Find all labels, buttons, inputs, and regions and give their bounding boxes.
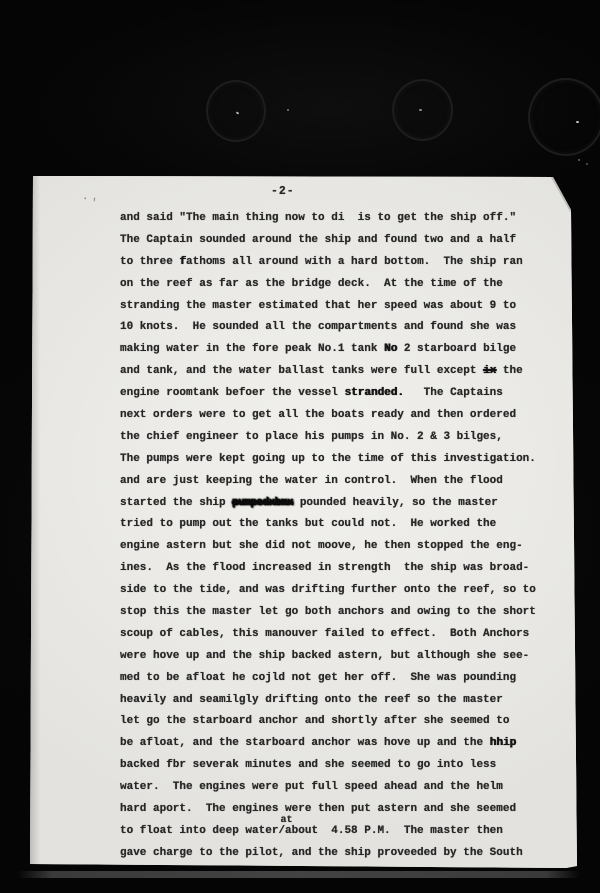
paper-left-edge-shade <box>30 172 40 868</box>
text-line: ines. As the flood increased in strength… <box>120 558 570 580</box>
dust-speck <box>586 163 588 165</box>
text-segment: heavily and seamilgly drifting onto the … <box>120 694 503 706</box>
text-line: The pumps were kept going up to the time… <box>120 449 570 471</box>
text-segment: and tank, and the water ballast tanks we… <box>120 365 483 377</box>
text-segment: and are just keeping the water in contro… <box>120 475 503 487</box>
text-segment: ines. As the flood increased in strength… <box>120 562 529 574</box>
dust-speck <box>578 159 580 161</box>
text-line: engine astern but she did not moove, he … <box>120 536 570 558</box>
text-line: and tank, and the water ballast tanks we… <box>120 361 570 383</box>
dust-speck <box>419 109 422 111</box>
document-page: ·, -2- and said "The main thing now to d… <box>30 172 578 868</box>
text-line: stop this the master let go both anchors… <box>120 602 570 624</box>
text-segment: backed fbr severak minutes and she seeme… <box>120 759 496 771</box>
text-line: water. The engines were put full speed a… <box>120 777 570 799</box>
text-segment: med to be afloat he cojld not get her of… <box>120 672 516 684</box>
text-line: on the reef as far as the bridge deck. A… <box>120 274 570 296</box>
text-line: The Captain sounded around the ship and … <box>120 230 570 252</box>
scanner-ring-artifact <box>528 78 600 156</box>
text-line: started the ship pumpedxbmx pounded heav… <box>120 493 570 515</box>
text-segment: the <box>496 365 522 377</box>
text-line: heavily and seamilgly drifting onto the … <box>120 690 570 712</box>
text-segment: side to the tide, and was drifting furth… <box>120 584 536 596</box>
text-segment-struck: ix <box>483 365 496 377</box>
text-line: gave charge to the pilot, and the ship p… <box>120 843 570 865</box>
text-line: tried to pump out the tanks but could no… <box>120 514 570 536</box>
text-segment: stop this the master let go both anchors… <box>120 606 536 618</box>
text-block: and said "The main thing now to di is to… <box>120 208 570 865</box>
text-segment: to float into deep water <box>120 825 278 837</box>
text-line: to three fathoms all around with a hard … <box>120 252 570 274</box>
text-segment: on the reef as far as the bridge deck. A… <box>120 278 503 290</box>
text-line: scoup of cables, this manouver failed to… <box>120 624 570 646</box>
dust-speck <box>287 109 289 111</box>
text-segment-smudge: pumpedxbmx <box>232 497 293 509</box>
text-line: engine roomtank befoer the vessel strand… <box>120 383 570 405</box>
text-segment-overtype: hhip <box>490 737 516 749</box>
scanner-background: ·, -2- and said "The main thing now to d… <box>0 0 600 893</box>
pencil-mark: ·, <box>81 190 102 206</box>
text-line: backed fbr severak minutes and she seeme… <box>120 755 570 777</box>
text-line: hard aport. The engines were then put as… <box>120 799 570 821</box>
text-segment: were hove up and the ship backed astern,… <box>120 650 529 662</box>
scanner-ring-artifact <box>392 79 453 141</box>
text-segment: water. The engines were put full speed a… <box>120 781 503 793</box>
text-segment: stranding the master estimated that her … <box>120 300 516 312</box>
text-line: to float into deep waterat/about 4.58 P.… <box>120 821 570 843</box>
text-segment: let go the starboard anchor and shortly … <box>120 715 509 727</box>
text-line: making water in the fore peak No.1 tank … <box>120 339 570 361</box>
text-segment: The Captains <box>404 387 503 399</box>
text-segment: 10 knots. He sounded all the compartment… <box>120 321 516 333</box>
text-line: 10 knots. He sounded all the compartment… <box>120 317 570 339</box>
text-segment-overtype: No <box>384 343 397 355</box>
text-line: be afloat, and the starboard anchor was … <box>120 733 570 755</box>
corner-fold-crease <box>550 175 572 212</box>
text-segment: gave charge to the pilot, and the ship p… <box>120 847 523 859</box>
text-segment: be afloat, and the starboard anchor was … <box>120 737 490 749</box>
paper-bottom-shadow <box>18 871 580 878</box>
text-segment: started the ship <box>120 497 232 509</box>
text-segment: /about 4.58 P.M. The master then <box>278 825 502 837</box>
text-line: and said "The main thing now to di is to… <box>120 208 570 230</box>
text-segment: pounded heavily, so the master <box>293 497 498 509</box>
text-line: the chief engineer to place his pumps in… <box>120 427 570 449</box>
text-segment: to three <box>120 256 179 268</box>
text-line: stranding the master estimated that her … <box>120 296 570 318</box>
text-segment: the chief engineer to place his pumps in… <box>120 431 503 443</box>
text-segment: The pumps were kept going up to the time… <box>120 453 536 465</box>
text-line: and are just keeping the water in contro… <box>120 471 570 493</box>
dust-speck <box>576 121 579 123</box>
text-line: next orders were to get all the boats re… <box>120 405 570 427</box>
text-segment: tried to pump out the tanks but could no… <box>120 518 496 530</box>
text-segment: next orders were to get all the boats re… <box>120 409 516 421</box>
text-segment: athoms all around with a hard bottom. Th… <box>186 256 523 268</box>
text-segment: making water in the fore peak No.1 tank <box>120 343 384 355</box>
text-line: let go the starboard anchor and shortly … <box>120 711 570 733</box>
text-line: med to be afloat he cojld not get her of… <box>120 668 570 690</box>
text-segment: and said "The main thing now to di is to… <box>120 212 516 224</box>
page-number: -2- <box>271 185 295 198</box>
text-segment: scoup of cables, this manouver failed to… <box>120 628 529 640</box>
text-segment: 2 starboard bilge <box>397 343 516 355</box>
text-segment-overtype: stranded. <box>344 387 403 399</box>
text-segment: engine roomtank befoer the vessel <box>120 387 344 399</box>
text-segment: engine astern but she did not moove, he … <box>120 540 523 552</box>
text-line: side to the tide, and was drifting furth… <box>120 580 570 602</box>
text-segment: The Captain sounded around the ship and … <box>120 234 516 246</box>
text-line: were hove up and the ship backed astern,… <box>120 646 570 668</box>
text-segment: hard aport. The engines were then put as… <box>120 803 516 815</box>
